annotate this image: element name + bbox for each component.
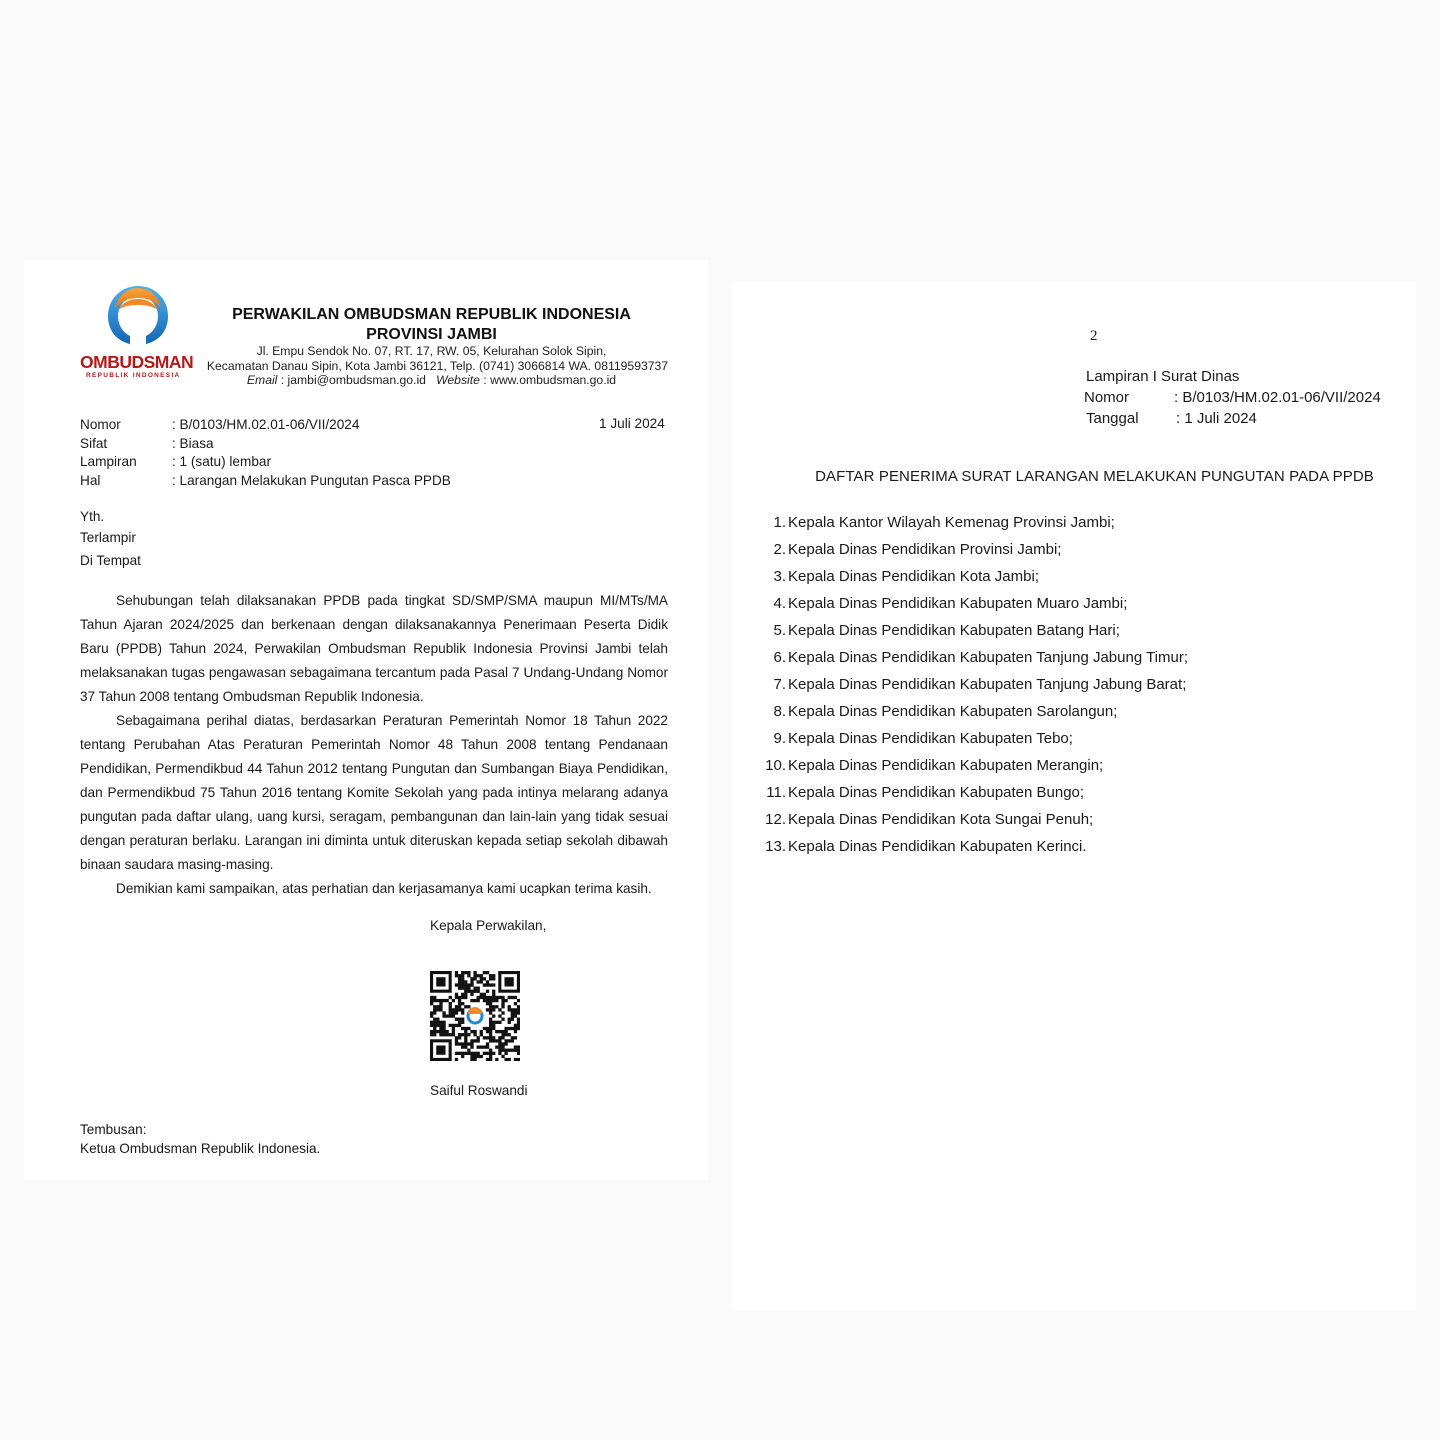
recipient-name: Kepala Dinas Pendidikan Kabupaten Muaro … — [788, 595, 1127, 622]
attachment-meta-label: Tanggal — [1086, 408, 1176, 429]
recipient-name: Kepala Kantor Wilayah Kemenag Provinsi J… — [788, 514, 1115, 541]
recipient-name: Kepala Dinas Pendidikan Kabupaten Kerinc… — [788, 838, 1087, 865]
recipient-number: 8. — [752, 703, 788, 730]
recipient-name: Kepala Dinas Pendidikan Kota Sungai Penu… — [788, 811, 1093, 838]
recipient-item: 3.Kepala Dinas Pendidikan Kota Jambi; — [752, 568, 1188, 595]
recipient-item: 10.Kepala Dinas Pendidikan Kabupaten Mer… — [752, 757, 1188, 784]
body-paragraph: Demikian kami sampaikan, atas perhatian … — [80, 877, 668, 901]
meta-value: : B/0103/HM.02.01-06/VII/2024 — [172, 416, 359, 435]
recipient-number: 10. — [752, 757, 788, 784]
signatory-title: Kepala Perwakilan, — [430, 918, 546, 933]
recipient-name: Kepala Dinas Pendidikan Kabupaten Bungo; — [788, 784, 1084, 811]
recipient-item: 8.Kepala Dinas Pendidikan Kabupaten Saro… — [752, 703, 1188, 730]
recipient-name: Kepala Dinas Pendidikan Kabupaten Merang… — [788, 757, 1103, 784]
meta-row-lampiran: Lampiran : 1 (satu) lembar — [80, 453, 451, 472]
recipient-item: 6.Kepala Dinas Pendidikan Kabupaten Tanj… — [752, 649, 1188, 676]
recipient-item: 9.Kepala Dinas Pendidikan Kabupaten Tebo… — [752, 730, 1188, 757]
recipient-item: 5.Kepala Dinas Pendidikan Kabupaten Bata… — [752, 622, 1188, 649]
recipient-name: Kepala Dinas Pendidikan Kabupaten Tanjun… — [788, 676, 1186, 703]
recipient-item: 13.Kepala Dinas Pendidikan Kabupaten Ker… — [752, 838, 1188, 865]
meta-value: : 1 (satu) lembar — [172, 453, 271, 472]
logo-subtitle: REPUBLIK INDONESIA — [86, 372, 181, 379]
attachment-heading: Lampiran I Surat Dinas — [1086, 366, 1381, 387]
recipient-item: 2.Kepala Dinas Pendidikan Provinsi Jambi… — [752, 541, 1188, 568]
meta-value: : Biasa — [172, 435, 214, 454]
attachment-meta-label: Nomor — [1084, 387, 1174, 408]
letterhead-contact: Email : jambi@ombudsman.go.id Website : … — [184, 373, 679, 387]
email-label: Email — [247, 373, 277, 387]
attachment-meta-row: Nomor : B/0103/HM.02.01-06/VII/2024 — [1084, 387, 1381, 408]
addressee-block: Yth. Terlampir Di Tempat — [80, 509, 141, 574]
recipient-item: 7.Kepala Dinas Pendidikan Kabupaten Tanj… — [752, 676, 1188, 703]
letterhead-subtitle: PROVINSI JAMBI — [184, 326, 679, 344]
addressee-line: Terlampir — [80, 530, 141, 553]
recipient-item: 4.Kepala Dinas Pendidikan Kabupaten Muar… — [752, 595, 1188, 622]
body-paragraph: Sehubungan telah dilaksanakan PPDB pada … — [80, 589, 668, 709]
letter-date: 1 Juli 2024 — [599, 416, 665, 431]
recipient-number: 6. — [752, 649, 788, 676]
recipient-item: 11.Kepala Dinas Pendidikan Kabupaten Bun… — [752, 784, 1188, 811]
website-label: Website — [436, 373, 480, 387]
recipient-list-title: DAFTAR PENERIMA SURAT LARANGAN MELAKUKAN… — [732, 468, 1440, 485]
recipient-name: Kepala Dinas Pendidikan Kota Jambi; — [788, 568, 1039, 595]
recipient-name: Kepala Dinas Pendidikan Kabupaten Batang… — [788, 622, 1120, 649]
meta-value: : Larangan Melakukan Pungutan Pasca PPDB — [172, 472, 451, 491]
letter-page: OMBUDSMAN REPUBLIK INDONESIA PERWAKILAN … — [24, 260, 708, 1180]
attachment-meta-value: : B/0103/HM.02.01-06/VII/2024 — [1174, 387, 1381, 408]
meta-label: Hal — [80, 472, 172, 491]
page-number: 2 — [1090, 328, 1098, 345]
recipient-number: 11. — [752, 784, 788, 811]
meta-row-sifat: Sifat : Biasa — [80, 435, 451, 454]
recipient-number: 12. — [752, 811, 788, 838]
recipient-name: Kepala Dinas Pendidikan Kabupaten Tanjun… — [788, 649, 1188, 676]
qr-code-icon — [430, 971, 520, 1061]
addressee-line: Yth. — [80, 509, 141, 530]
letterhead-address-2: Kecamatan Danau Sipin, Kota Jambi 36121,… — [190, 359, 685, 373]
attachment-page: 2 Lampiran I Surat Dinas Nomor : B/0103/… — [732, 282, 1416, 1310]
meta-row-nomor: Nomor : B/0103/HM.02.01-06/VII/2024 — [80, 416, 451, 435]
logo-wordmark: OMBUDSMAN — [80, 352, 193, 373]
body-paragraph: Sebagaimana perihal diatas, berdasarkan … — [80, 709, 668, 877]
letterhead-address-1: Jl. Empu Sendok No. 07, RT. 17, RW. 05, … — [184, 344, 679, 358]
letterhead-title: PERWAKILAN OMBUDSMAN REPUBLIK INDONESIA — [184, 306, 679, 324]
recipient-name: Kepala Dinas Pendidikan Provinsi Jambi; — [788, 541, 1061, 568]
recipient-number: 1. — [752, 514, 788, 541]
meta-label: Lampiran — [80, 453, 172, 472]
recipient-number: 2. — [752, 541, 788, 568]
recipient-item: 12.Kepala Dinas Pendidikan Kota Sungai P… — [752, 811, 1188, 838]
signatory-name: Saiful Roswandi — [430, 1083, 527, 1098]
recipient-number: 7. — [752, 676, 788, 703]
email-value: : jambi@ombudsman.go.id — [277, 373, 426, 387]
meta-label: Sifat — [80, 435, 172, 454]
addressee-line: Di Tempat — [80, 553, 141, 574]
cc-label: Tembusan: — [80, 1120, 320, 1139]
ombudsman-logo: OMBUDSMAN REPUBLIK INDONESIA — [80, 286, 195, 382]
ombudsman-emblem-icon — [108, 286, 168, 348]
carbon-copy-block: Tembusan: Ketua Ombudsman Republik Indon… — [80, 1120, 320, 1158]
website-value: : www.ombudsman.go.id — [480, 373, 616, 387]
recipient-number: 4. — [752, 595, 788, 622]
letter-meta: Nomor : B/0103/HM.02.01-06/VII/2024 Sifa… — [80, 416, 451, 490]
attachment-header: Lampiran I Surat Dinas Nomor : B/0103/HM… — [1086, 366, 1381, 429]
recipient-number: 5. — [752, 622, 788, 649]
letter-body: Sehubungan telah dilaksanakan PPDB pada … — [80, 589, 668, 901]
cc-item: Ketua Ombudsman Republik Indonesia. — [80, 1139, 320, 1158]
meta-label: Nomor — [80, 416, 172, 435]
recipient-number: 3. — [752, 568, 788, 595]
attachment-meta-row: Tanggal : 1 Juli 2024 — [1086, 408, 1381, 429]
meta-row-hal: Hal : Larangan Melakukan Pungutan Pasca … — [80, 472, 451, 491]
recipient-number: 9. — [752, 730, 788, 757]
attachment-meta-value: : 1 Juli 2024 — [1176, 408, 1257, 429]
recipient-name: Kepala Dinas Pendidikan Kabupaten Tebo; — [788, 730, 1073, 757]
recipient-name: Kepala Dinas Pendidikan Kabupaten Sarola… — [788, 703, 1117, 730]
recipient-number: 13. — [752, 838, 788, 865]
recipient-item: 1.Kepala Kantor Wilayah Kemenag Provinsi… — [752, 514, 1188, 541]
recipient-list: 1.Kepala Kantor Wilayah Kemenag Provinsi… — [752, 514, 1188, 865]
